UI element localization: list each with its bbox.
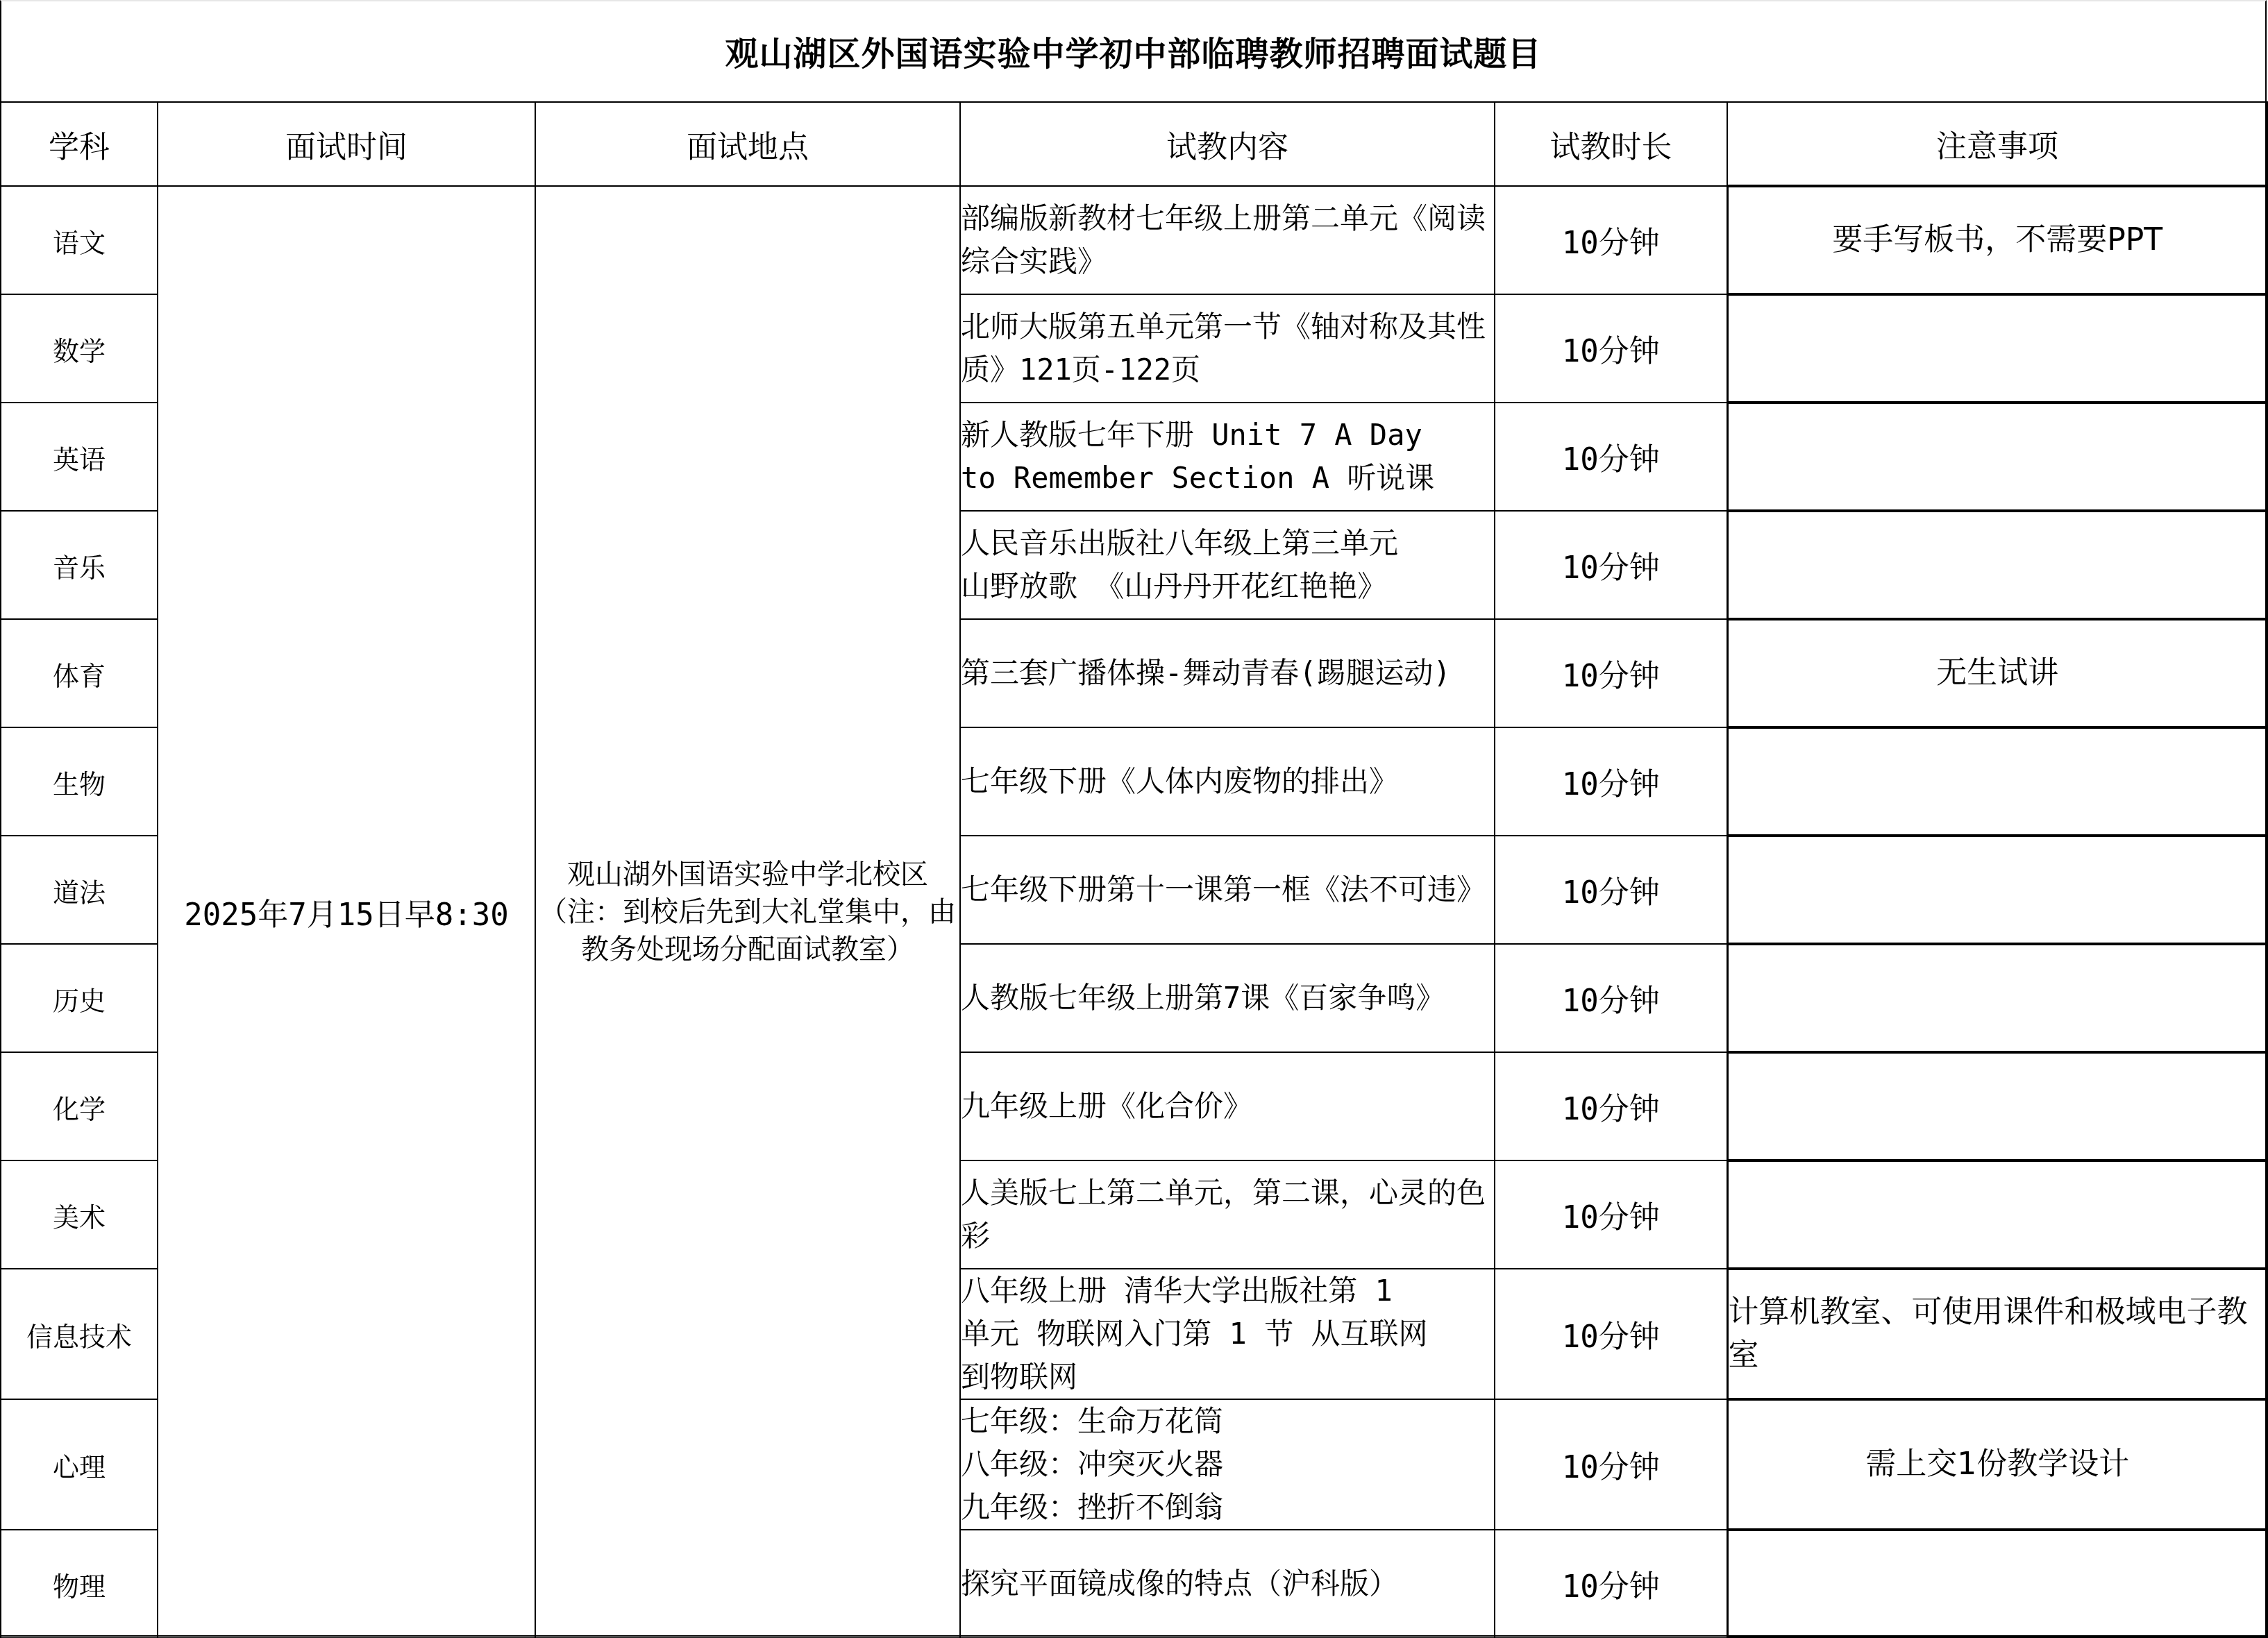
content-cell: 人民音乐出版社八年级上第三单元 山野放歌 《山丹丹开花红艳艳》	[960, 511, 1495, 619]
notes-cell	[1727, 836, 2267, 944]
duration-cell: 10分钟	[1495, 727, 1727, 836]
content-cell: 第三套广播体操-舞动青春(踢腿运动)	[960, 619, 1495, 727]
subject-cell: 物理	[1, 1530, 158, 1638]
duration-cell: 10分钟	[1495, 1269, 1727, 1399]
content-cell: 七年级：生命万花筒 八年级：冲突灭火器 九年级：挫折不倒翁	[960, 1399, 1495, 1530]
subject-cell: 数学	[1, 294, 158, 403]
duration-cell: 10分钟	[1495, 403, 1727, 511]
interview-time-cell: 2025年7月15日早8:30	[158, 186, 535, 1638]
header-notes: 注意事项	[1727, 102, 2267, 186]
duration-cell: 10分钟	[1495, 1399, 1727, 1530]
content-cell: 人教版七年级上册第7课《百家争鸣》	[960, 944, 1495, 1052]
content-cell: 八年级上册 清华大学出版社第 1 单元 物联网入门第 1 节 从互联网 到物联网	[960, 1269, 1495, 1399]
subject-cell: 英语	[1, 403, 158, 511]
notes-cell	[1727, 511, 2267, 619]
duration-cell: 10分钟	[1495, 294, 1727, 403]
duration-cell: 10分钟	[1495, 944, 1727, 1052]
header-duration: 试教时长	[1495, 102, 1727, 186]
subject-cell: 化学	[1, 1052, 158, 1160]
header-interview-time: 面试时间	[158, 102, 535, 186]
notes-cell	[1727, 403, 2267, 511]
notes-cell	[1727, 944, 2267, 1052]
duration-cell: 10分钟	[1495, 511, 1727, 619]
notes-cell	[1727, 727, 2267, 836]
notes-cell: 要手写板书，不需要PPT	[1727, 186, 2267, 294]
subject-cell: 信息技术	[1, 1269, 158, 1399]
notes-cell	[1727, 1052, 2267, 1160]
subject-cell: 音乐	[1, 511, 158, 619]
notes-cell: 需上交1份教学设计	[1727, 1399, 2267, 1530]
content-cell: 九年级上册《化合价》	[960, 1052, 1495, 1160]
interview-table: 学科 面试时间 面试地点 试教内容 试教时长 注意事项 语文 2025年7月15…	[0, 101, 2268, 1638]
subject-cell: 心理	[1, 1399, 158, 1530]
subject-cell: 生物	[1, 727, 158, 836]
content-cell: 探究平面镜成像的特点（沪科版）	[960, 1530, 1495, 1638]
content-cell: 北师大版第五单元第一节《轴对称及其性质》121页-122页	[960, 294, 1495, 403]
subject-cell: 历史	[1, 944, 158, 1052]
page-title: 观山湖区外国语实验中学初中部临聘教师招聘面试题目	[0, 0, 2267, 101]
subject-cell: 道法	[1, 836, 158, 944]
header-row: 学科 面试时间 面试地点 试教内容 试教时长 注意事项	[1, 102, 2267, 186]
duration-cell: 10分钟	[1495, 186, 1727, 294]
subject-cell: 美术	[1, 1160, 158, 1269]
header-interview-location: 面试地点	[535, 102, 960, 186]
duration-cell: 10分钟	[1495, 1160, 1727, 1269]
content-cell: 部编版新教材七年级上册第二单元《阅读综合实践》	[960, 186, 1495, 294]
notes-cell: 无生试讲	[1727, 619, 2267, 727]
table-row: 语文 2025年7月15日早8:30 观山湖外国语实验中学北校区（注：到校后先到…	[1, 186, 2267, 294]
content-cell: 七年级下册第十一课第一框《法不可违》	[960, 836, 1495, 944]
notes-cell	[1727, 1160, 2267, 1269]
notes-cell	[1727, 294, 2267, 403]
duration-cell: 10分钟	[1495, 1530, 1727, 1638]
duration-cell: 10分钟	[1495, 836, 1727, 944]
content-cell: 新人教版七年下册 Unit 7 A Day to Remember Sectio…	[960, 403, 1495, 511]
notes-cell: 计算机教室、可使用课件和极域电子教室	[1727, 1269, 2267, 1399]
duration-cell: 10分钟	[1495, 1052, 1727, 1160]
interview-location-cell: 观山湖外国语实验中学北校区（注：到校后先到大礼堂集中，由教务处现场分配面试教室）	[535, 186, 960, 1638]
header-subject: 学科	[1, 102, 158, 186]
content-cell: 人美版七上第二单元，第二课，心灵的色彩	[960, 1160, 1495, 1269]
header-teaching-content: 试教内容	[960, 102, 1495, 186]
subject-cell: 体育	[1, 619, 158, 727]
duration-cell: 10分钟	[1495, 619, 1727, 727]
subject-cell: 语文	[1, 186, 158, 294]
notes-cell	[1727, 1530, 2267, 1638]
content-cell: 七年级下册《人体内废物的排出》	[960, 727, 1495, 836]
